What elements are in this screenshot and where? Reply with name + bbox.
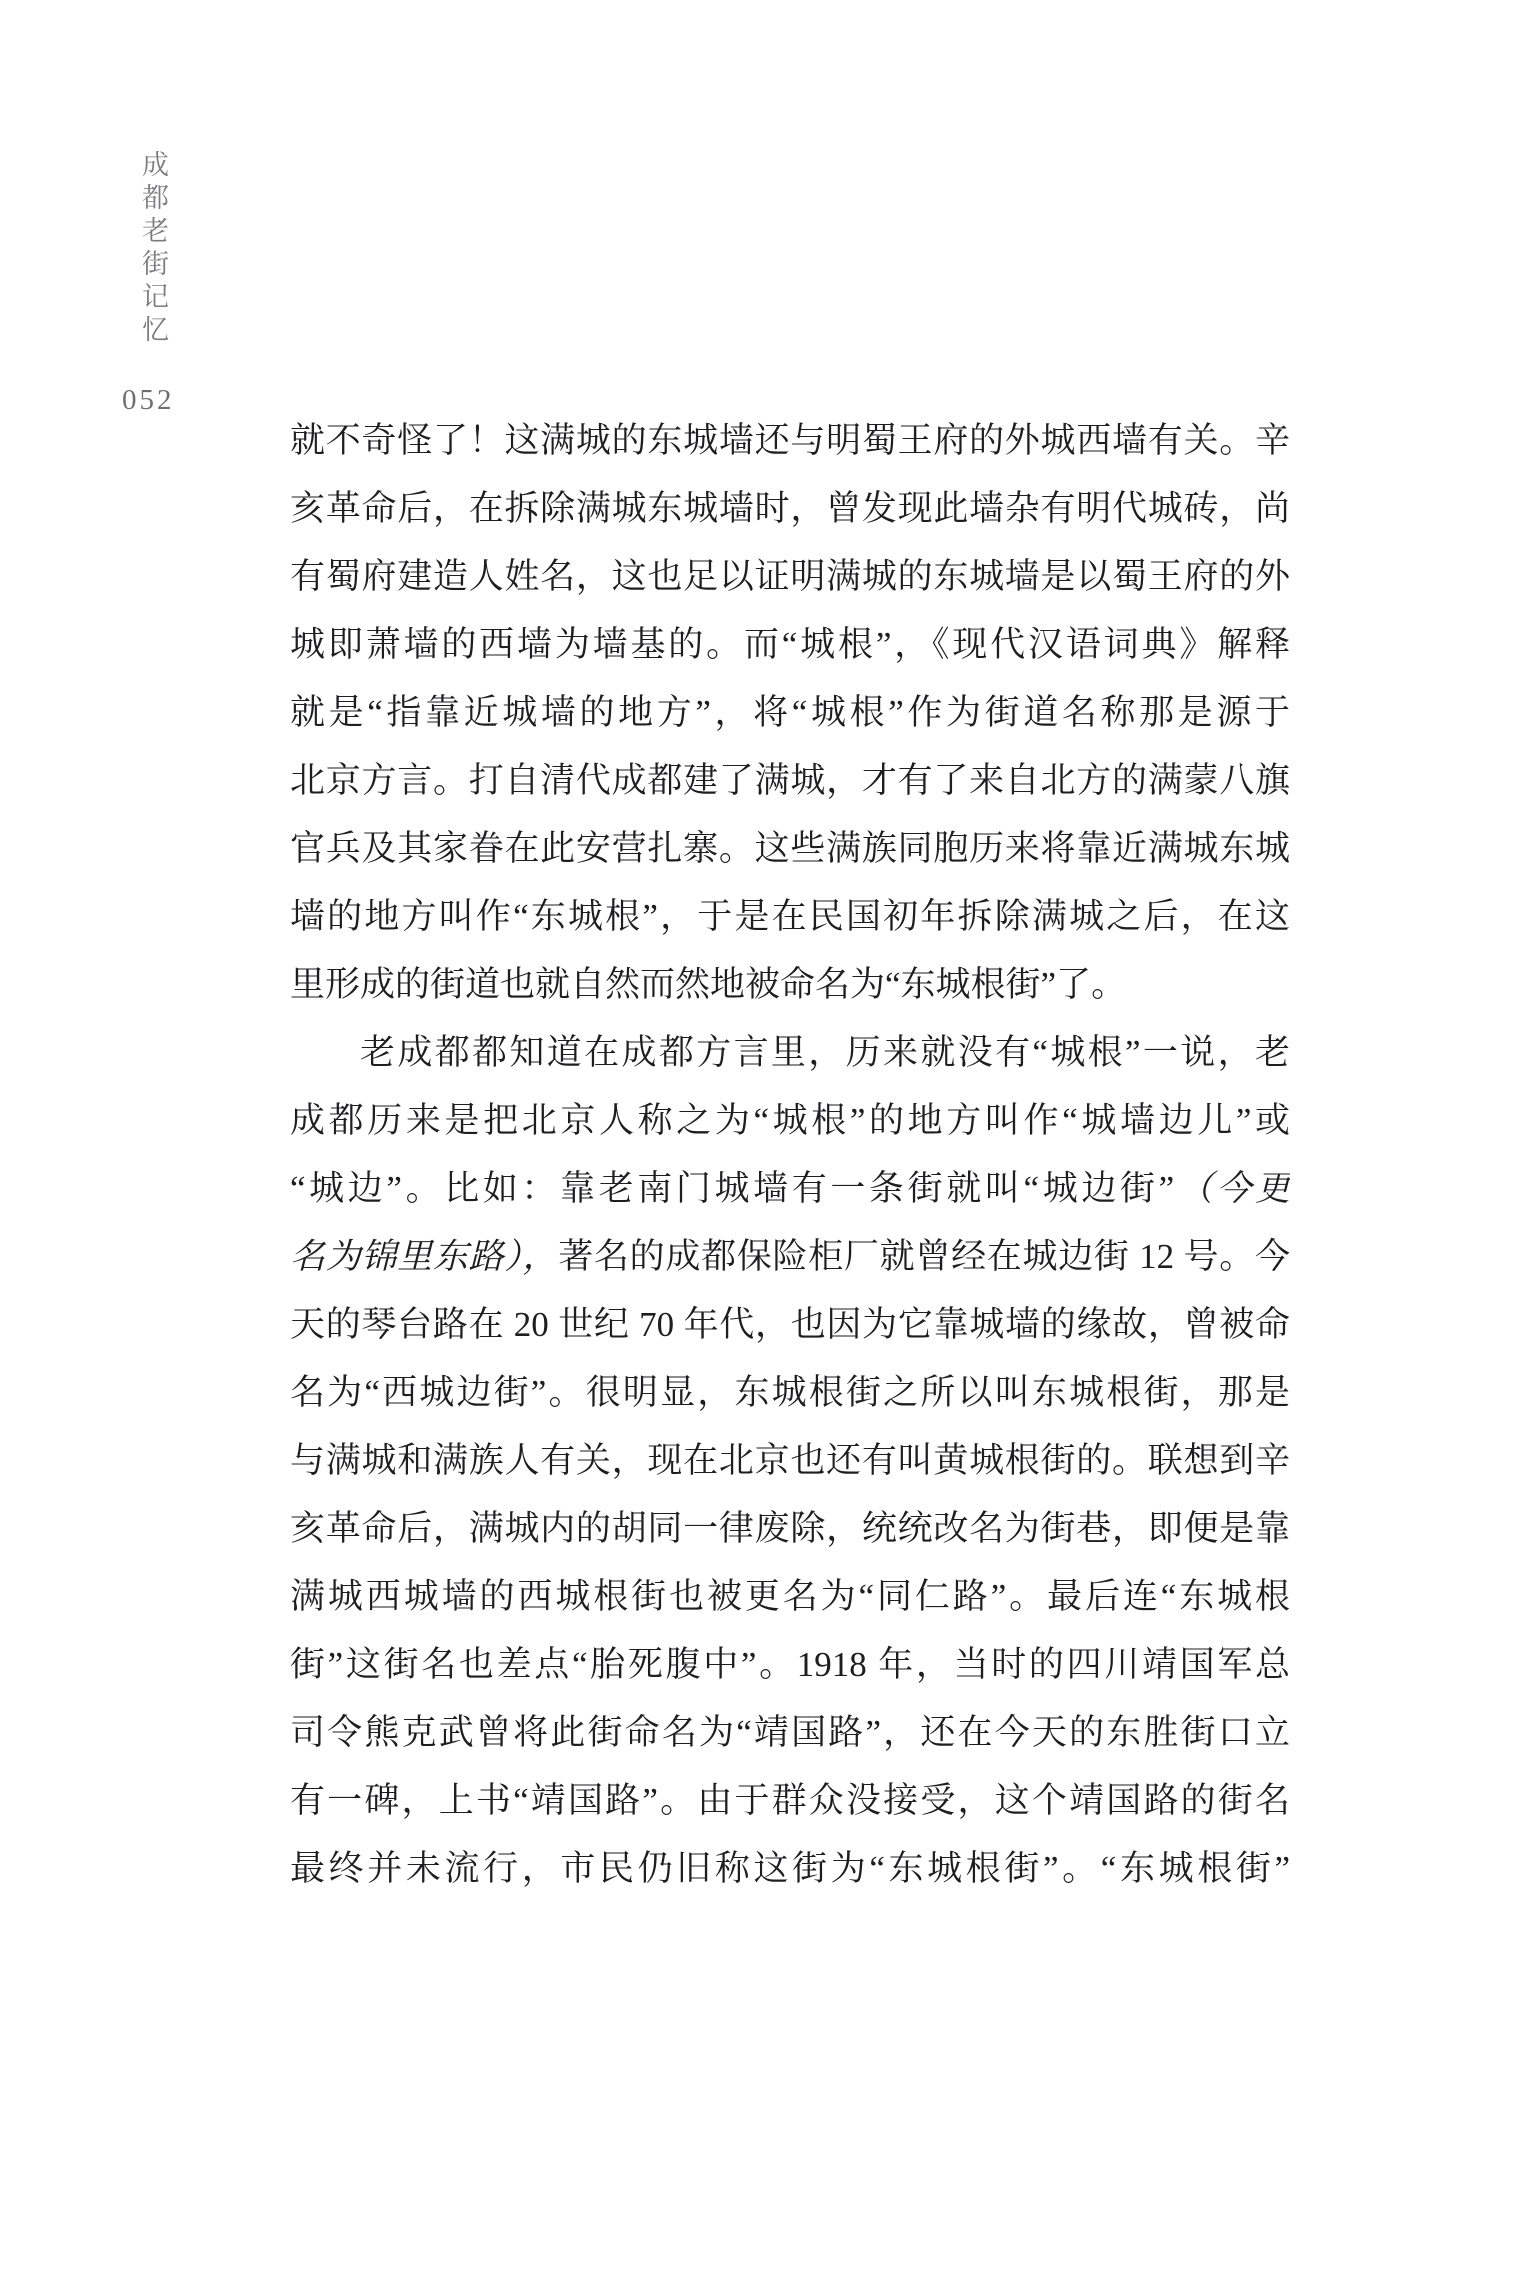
text-line: 就是“指靠近城墙的地方”，将“城根”作为街道名称那是源于 <box>290 679 1290 747</box>
text-segment: 与满城和满族人有关，现在北京也还有叫黄城根街的。联想到辛 <box>290 1441 1290 1480</box>
text-segment-kai: 名为锦里东路）， <box>290 1237 558 1276</box>
text-segment: 司令熊克武曾将此街命名为“靖国路”，还在今天的东胜街口立 <box>290 1713 1290 1752</box>
text-segment: 天的琴台路在 20 世纪 70 年代，也因为它靠城墙的缘故，曾被命 <box>290 1305 1290 1344</box>
text-segment: 里形成的街道也就自然而然地被命名为“东城根街”了。 <box>290 965 1126 1004</box>
text-segment: “城边”。比如：靠老南门城墙有一条街就叫“城边街” <box>290 1169 1174 1208</box>
text-line: 有一碑，上书“靖国路”。由于群众没接受，这个靖国路的街名 <box>290 1767 1290 1835</box>
text-segment: 城即萧墙的西墙为墙基的。而“城根”，《现代汉语词典》解释 <box>290 625 1290 664</box>
text-line: 名为锦里东路），著名的成都保险柜厂就曾经在城边街 12 号。今 <box>290 1223 1290 1291</box>
text-line: 官兵及其家眷在此安营扎寨。这些满族同胞历来将靠近满城东城 <box>290 815 1290 883</box>
text-segment: 成都历来是把北京人称之为“城根”的地方叫作“城墙边儿”或 <box>290 1101 1290 1140</box>
text-segment: 街”这街名也差点“胎死腹中”。1918 年，当时的四川靖国军总 <box>290 1645 1290 1684</box>
text-segment: 满城西城墙的西城根街也被更名为“同仁路”。最后连“东城根 <box>290 1577 1290 1616</box>
text-segment: 著名的成都保险柜厂就曾经在城边街 12 号。今 <box>558 1237 1290 1276</box>
text-line: 里形成的街道也就自然而然地被命名为“东城根街”了。 <box>290 951 1290 1019</box>
text-segment: 最终并未流行，市民仍旧称这街为“东城根街”。“东城根街” <box>290 1849 1290 1888</box>
text-segment: 有一碑，上书“靖国路”。由于群众没接受，这个靖国路的街名 <box>290 1781 1290 1820</box>
text-line: 墙的地方叫作“东城根”，于是在民国初年拆除满城之后，在这 <box>290 883 1290 951</box>
text-line: 老成都都知道在成都方言里，历来就没有“城根”一说，老 <box>290 1019 1290 1087</box>
text-line: 亥革命后，在拆除满城东城墙时，曾发现此墙杂有明代城砖，尚 <box>290 475 1290 543</box>
text-segment: 亥革命后，在拆除满城东城墙时，曾发现此墙杂有明代城砖，尚 <box>290 489 1290 528</box>
text-line: 与满城和满族人有关，现在北京也还有叫黄城根街的。联想到辛 <box>290 1427 1290 1495</box>
text-segment-kai: （今更 <box>1174 1169 1290 1208</box>
text-line: 北京方言。打自清代成都建了满城，才有了来自北方的满蒙八旗 <box>290 747 1290 815</box>
text-line: 天的琴台路在 20 世纪 70 年代，也因为它靠城墙的缘故，曾被命 <box>290 1291 1290 1359</box>
text-segment: 北京方言。打自清代成都建了满城，才有了来自北方的满蒙八旗 <box>290 761 1290 800</box>
text-segment: 亥革命后，满城内的胡同一律废除，统统改名为街巷，即便是靠 <box>290 1509 1290 1548</box>
text-line: 满城西城墙的西城根街也被更名为“同仁路”。最后连“东城根 <box>290 1563 1290 1631</box>
book-page: 成都老街记忆 052 就不奇怪了！这满城的东城墙还与明蜀王府的外城西墙有关。辛亥… <box>0 0 1536 2278</box>
text-line: 街”这街名也差点“胎死腹中”。1918 年，当时的四川靖国军总 <box>290 1631 1290 1699</box>
text-line: 城即萧墙的西墙为墙基的。而“城根”，《现代汉语词典》解释 <box>290 611 1290 679</box>
text-line: 司令熊克武曾将此街命名为“靖国路”，还在今天的东胜街口立 <box>290 1699 1290 1767</box>
text-line: 最终并未流行，市民仍旧称这街为“东城根街”。“东城根街” <box>290 1835 1290 1903</box>
text-line: 名为“西城边街”。很明显，东城根街之所以叫东城根街，那是 <box>290 1359 1290 1427</box>
text-segment: 老成都都知道在成都方言里，历来就没有“城根”一说，老 <box>360 1033 1290 1072</box>
text-segment: 有蜀府建造人姓名，这也足以证明满城的东城墙是以蜀王府的外 <box>290 557 1290 596</box>
text-segment: 就不奇怪了！这满城的东城墙还与明蜀王府的外城西墙有关。辛 <box>290 421 1290 460</box>
page-number: 052 <box>122 384 175 417</box>
text-line: 亥革命后，满城内的胡同一律废除，统统改名为街巷，即便是靠 <box>290 1495 1290 1563</box>
text-line: 成都历来是把北京人称之为“城根”的地方叫作“城墙边儿”或 <box>290 1087 1290 1155</box>
text-segment: 名为“西城边街”。很明显，东城根街之所以叫东城根街，那是 <box>290 1373 1290 1412</box>
text-line: 有蜀府建造人姓名，这也足以证明满城的东城墙是以蜀王府的外 <box>290 543 1290 611</box>
text-line: 就不奇怪了！这满城的东城墙还与明蜀王府的外城西墙有关。辛 <box>290 407 1290 475</box>
text-segment: 墙的地方叫作“东城根”，于是在民国初年拆除满城之后，在这 <box>290 897 1290 936</box>
body-text: 就不奇怪了！这满城的东城墙还与明蜀王府的外城西墙有关。辛亥革命后，在拆除满城东城… <box>290 407 1290 1903</box>
text-segment: 就是“指靠近城墙的地方”，将“城根”作为街道名称那是源于 <box>290 693 1290 732</box>
text-segment: 官兵及其家眷在此安营扎寨。这些满族同胞历来将靠近满城东城 <box>290 829 1290 868</box>
text-line: “城边”。比如：靠老南门城墙有一条街就叫“城边街”（今更 <box>290 1155 1290 1223</box>
book-title-vertical: 成都老街记忆 <box>134 150 173 348</box>
